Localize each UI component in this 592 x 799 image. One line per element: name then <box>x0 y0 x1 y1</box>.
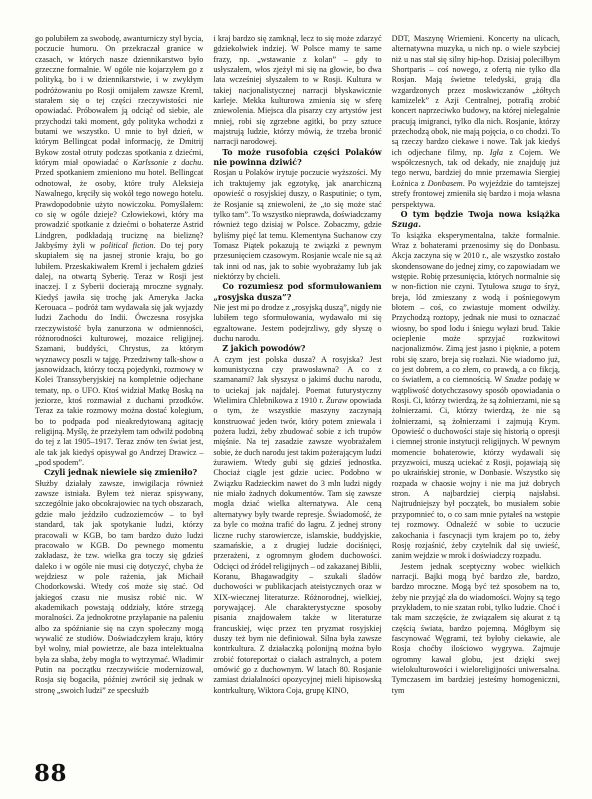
text-run: podaję w wątpliwość dotychczasowy sposób… <box>392 375 560 560</box>
body-paragraph: i kraj bardzo się zamknął, lecz to się m… <box>213 34 381 148</box>
body-paragraph: Nie jest mi po drodze z „rosyjską duszą”… <box>213 303 381 344</box>
interview-question: O tym będzie Twoja nowa książka Szuga. <box>392 210 560 231</box>
magazine-page: go polubiłem za swobodę, awanturniczy st… <box>0 0 592 799</box>
text-run: Z jakich powodów? <box>222 344 305 353</box>
body-paragraph: A czym jest polska dusza? A rosyjska? Je… <box>213 355 381 696</box>
text-run: DDT, Maszynę Wriemieni. Koncerty na ulic… <box>392 34 560 157</box>
text-run: . Przed spotkaniem zmieniono mu hotel. B… <box>35 158 203 250</box>
body-paragraph: go polubiłem za swobodę, awanturniczy st… <box>35 34 203 468</box>
text-run: to śryż, breja, lód zmieszany z wodą i p… <box>392 282 560 384</box>
text-columns: go polubiłem za swobodę, awanturniczy st… <box>35 34 560 748</box>
text-run: To może rusofobia części Polaków nie pow… <box>213 148 381 167</box>
text-run: Czyli jednak niewiele się zmieniło? <box>44 468 197 477</box>
interview-question: To może rusofobia części Polaków nie pow… <box>213 148 381 169</box>
text-run: Szudze <box>505 375 527 384</box>
text-run: Donbasem <box>428 179 463 188</box>
interview-question: Z jakich powodów? <box>213 344 381 354</box>
text-run: Igła <box>490 148 503 157</box>
text-run: Żuraw <box>326 396 347 405</box>
interview-question: Co rozumiesz pod sformułowaniem „rosyjsk… <box>213 282 381 303</box>
body-paragraph: To książka eksperymentalna, także formal… <box>392 231 560 562</box>
column-3: DDT, Maszynę Wriemieni. Koncerty na ulic… <box>392 34 560 748</box>
text-run: szuga <box>512 282 531 291</box>
text-run: O tym będzie Twoja nowa książka <box>401 210 560 219</box>
text-run: . Do tej pory skupiałem się na jasnej st… <box>35 241 203 467</box>
text-run: Szuga. <box>392 220 421 229</box>
text-run: Nie jest mi po drodze z „rosyjską duszą”… <box>213 303 381 343</box>
text-run: opowiada o tym, że wszystkie maszyny zac… <box>213 396 381 695</box>
page-number: 88 <box>34 762 67 785</box>
text-run: political fiction <box>100 241 153 250</box>
interview-question: Czyli jednak niewiele się zmieniło? <box>35 468 203 478</box>
column-1: go polubiłem za swobodę, awanturniczy st… <box>35 34 203 748</box>
text-run: Służby działały zawsze, inwigilacja równ… <box>35 479 203 695</box>
body-paragraph: Służby działały zawsze, inwigilacja równ… <box>35 479 203 696</box>
body-paragraph: DDT, Maszynę Wriemieni. Koncerty na ulic… <box>392 34 560 210</box>
body-paragraph: Rosjan u Polaków irytuje poczucie wyższo… <box>213 168 381 282</box>
text-run: Co rozumiesz pod sformułowaniem „rosyjsk… <box>213 282 381 301</box>
text-run: Jestem jednak sceptyczny wobec wielkich … <box>392 562 560 695</box>
body-paragraph: Jestem jednak sceptyczny wobec wielkich … <box>392 562 560 696</box>
text-run: i kraj bardzo się zamknął, lecz to się m… <box>213 34 381 146</box>
text-run: Karlssonie z dachu <box>133 158 202 167</box>
column-2: i kraj bardzo się zamknął, lecz to się m… <box>213 34 381 748</box>
text-run: Rosjan u Polaków irytuje poczucie wyższo… <box>213 168 381 280</box>
text-run: go polubiłem za swobodę, awanturniczy st… <box>35 34 203 167</box>
